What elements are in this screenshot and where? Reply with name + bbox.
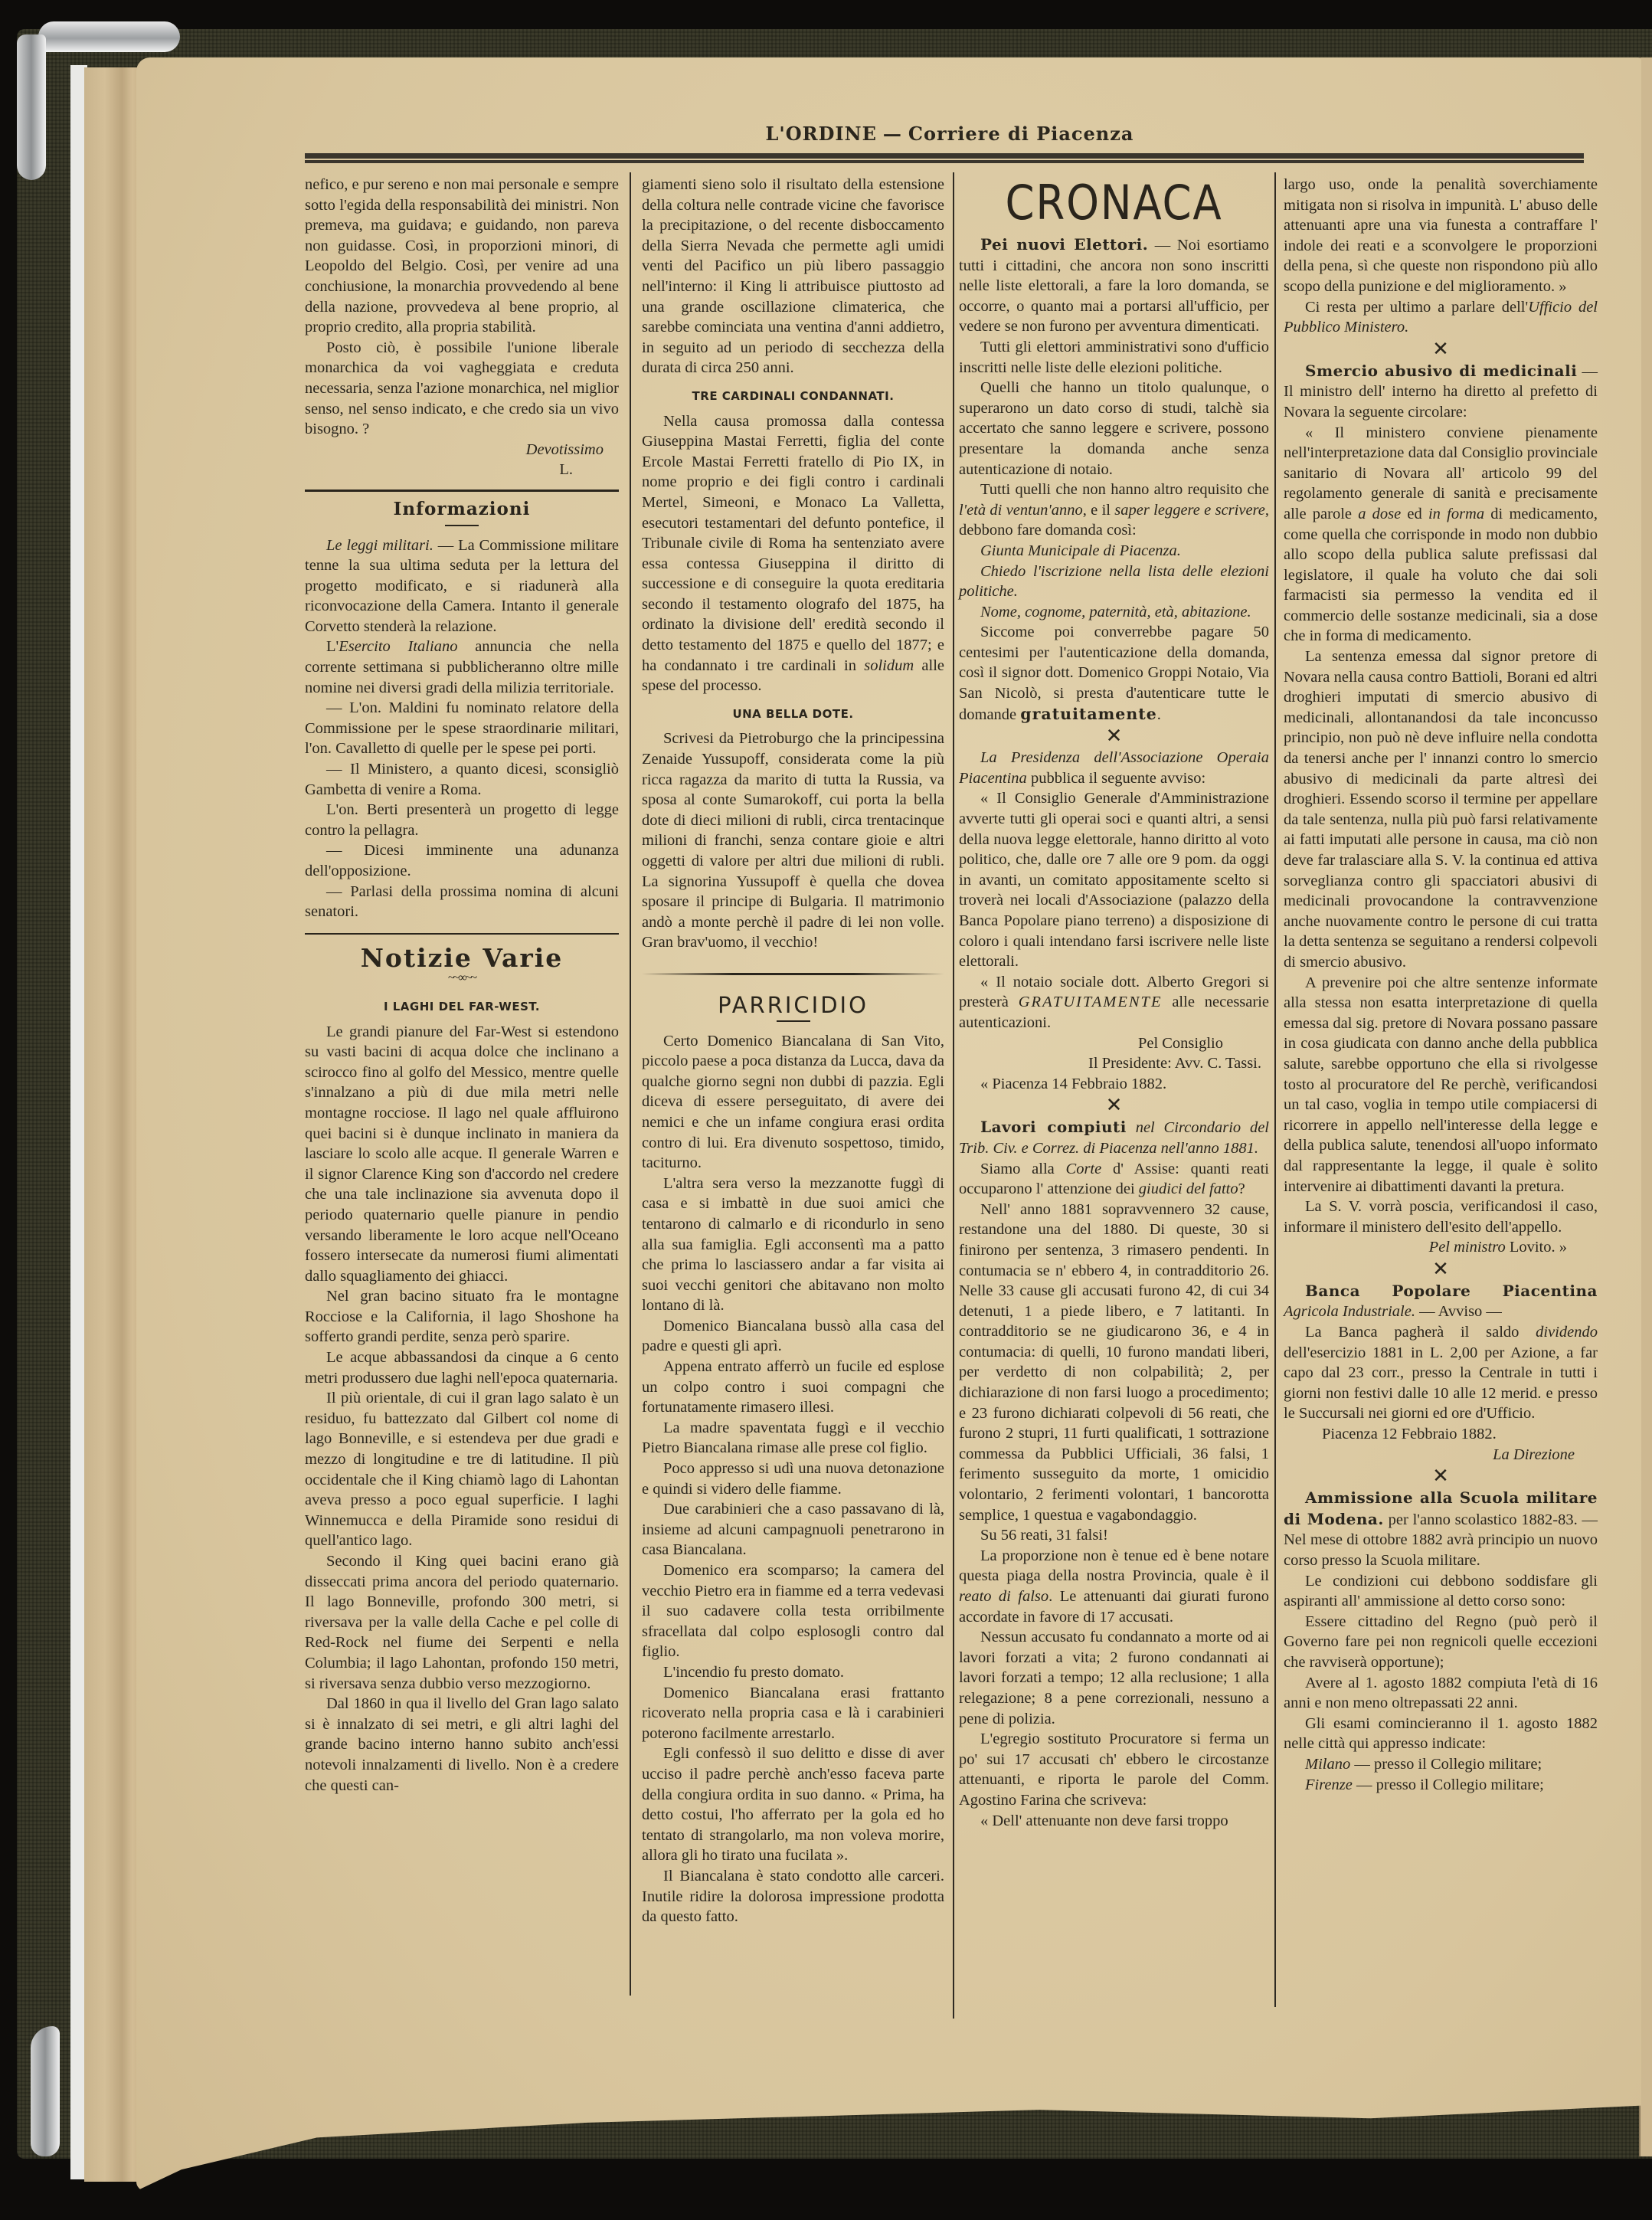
article-paragraph: « Il Consiglio Generale d'Amministrazion… bbox=[959, 788, 1269, 971]
runin-title: Pei nuovi Elettori. bbox=[980, 235, 1148, 254]
article-paragraph: Siccome poi converrebbe pagare 50 centes… bbox=[959, 622, 1269, 725]
news-item: Le leggi militari. — La Commissione mili… bbox=[305, 535, 619, 637]
article-paragraph: Il Biancalana è stato condotto alle carc… bbox=[642, 1866, 944, 1927]
dateline: « Piacenza 14 Febbraio 1882. bbox=[959, 1074, 1269, 1095]
title-rule bbox=[777, 1020, 810, 1022]
metal-corner-protector bbox=[38, 21, 180, 52]
article-paragraph: Le grandi pianure del Far-West si estend… bbox=[305, 1022, 619, 1287]
separator-x-icon: ✕ bbox=[1284, 1258, 1598, 1281]
article-paragraph: Ammissione alla Scuola militare di Moden… bbox=[1284, 1488, 1598, 1570]
signature-line: La Direzione bbox=[1284, 1445, 1598, 1465]
ornament: ~~∞~~ bbox=[305, 968, 619, 989]
news-item: L'Esercito Italiano annuncia che nella c… bbox=[305, 637, 619, 698]
letter-paragraph: Posto ciò, è possibile l'unione liberale… bbox=[305, 338, 619, 440]
article-paragraph: Nella causa promossa dalla contessa Gius… bbox=[642, 411, 944, 696]
article-paragraph: Le acque abbassandosi da cinque a 6 cent… bbox=[305, 1347, 619, 1388]
signature-line: Pel ministro Lovito. » bbox=[1284, 1237, 1598, 1258]
article-paragraph: La proporzione non è tenue ed è bene not… bbox=[959, 1546, 1269, 1627]
metal-corner-protector bbox=[31, 2026, 60, 2156]
separator-x-icon: ✕ bbox=[1284, 338, 1598, 361]
letter-signature: L. bbox=[305, 460, 619, 480]
column-rule bbox=[1274, 172, 1276, 2007]
article-paragraph: « Il notaio sociale dott. Alberto Gregor… bbox=[959, 972, 1269, 1033]
runin-title: Banca Popolare Piacentina bbox=[1305, 1282, 1598, 1300]
article-paragraph: Scrivesi da Pietroburgo che la principes… bbox=[642, 729, 944, 953]
column-2: giamenti sieno solo il risultato della e… bbox=[642, 175, 944, 1927]
article-paragraph: Domenico era scomparso; la camera del ve… bbox=[642, 1560, 944, 1662]
article-paragraph: Smercio abusivo di medicinali — Il minis… bbox=[1284, 361, 1598, 423]
article-paragraph: Tutti quelli che non hanno altro requisi… bbox=[959, 480, 1269, 541]
column-3: CRONACA Pei nuovi Elettori. — Noi esorti… bbox=[959, 170, 1269, 1831]
article-paragraph: Essere cittadino del Regno (può però il … bbox=[1284, 1612, 1598, 1673]
form-line: Chiedo l'iscrizione nella lista delle el… bbox=[959, 562, 1269, 602]
article-paragraph: largo uso, onde la penalità soverchiamen… bbox=[1284, 175, 1598, 297]
separator-x-icon: ✕ bbox=[959, 1094, 1269, 1117]
article-paragraph: Su 56 reati, 31 falsi! bbox=[959, 1525, 1269, 1546]
paper-name: L'ORDINE bbox=[766, 123, 877, 145]
dateline: Piacenza 12 Febbraio 1882. bbox=[1284, 1424, 1598, 1445]
city-line: Firenze — presso il Collegio militare; bbox=[1284, 1775, 1598, 1796]
section-rule bbox=[305, 933, 619, 935]
section-title-parricidio: PARRICIDIO bbox=[642, 995, 944, 1016]
section-title-cronaca: CRONACA bbox=[977, 176, 1250, 230]
article-paragraph: La S. V. vorrà poscia, verificandosi il … bbox=[1284, 1197, 1598, 1237]
runin-title: Lavori compiuti bbox=[980, 1118, 1127, 1136]
article-paragraph: « Il ministero conviene pienamente nell'… bbox=[1284, 423, 1598, 647]
article-paragraph: « Dell' attenuante non deve farsi troppo bbox=[959, 1811, 1269, 1832]
article-paragraph: Nel gran bacino situato fra le montagne … bbox=[305, 1286, 619, 1347]
section-title-notizie-varie: Notizie Varie bbox=[305, 948, 619, 969]
column-rule bbox=[953, 172, 954, 2019]
separator-x-icon: ✕ bbox=[1284, 1465, 1598, 1488]
article-paragraph: La madre spaventata fuggì e il vecchio P… bbox=[642, 1418, 944, 1459]
article-paragraph: Le condizioni cui debbono soddisfare gli… bbox=[1284, 1571, 1598, 1612]
section-rule bbox=[305, 490, 619, 492]
section-title-informazioni: Informazioni bbox=[305, 499, 619, 520]
form-line: Giunta Municipale di Piacenza. bbox=[959, 541, 1269, 562]
article-paragraph: Quelli che hanno un titolo qualunque, o … bbox=[959, 378, 1269, 480]
news-item: L'on. Berti presenterà un progetto di le… bbox=[305, 800, 619, 840]
article-paragraph: L'altra sera verso la mezzanotte fuggì d… bbox=[642, 1174, 944, 1316]
article-paragraph: Tutti gli elettori amministrativi sono d… bbox=[959, 337, 1269, 378]
runin-title: Smercio abusivo di medicinali bbox=[1305, 362, 1577, 380]
title-rule bbox=[445, 525, 479, 526]
article-paragraph: Certo Domenico Biancalana di San Vito, p… bbox=[642, 1031, 944, 1174]
metal-corner-protector bbox=[17, 34, 46, 180]
article-paragraph: Domenico Biancalana bussò alla casa del … bbox=[642, 1316, 944, 1357]
article-paragraph: Egli confessò il suo delitto e disse di … bbox=[642, 1744, 944, 1866]
news-item: — Dicesi imminente una adunanza dell'opp… bbox=[305, 840, 619, 881]
article-paragraph: Lavori compiuti nel Circondario del Trib… bbox=[959, 1117, 1269, 1158]
article-paragraph: La sentenza emessa dal signor pretore di… bbox=[1284, 647, 1598, 973]
form-line: Nome, cognome, paternità, età, abitazion… bbox=[959, 602, 1269, 623]
article-paragraph: Nessun accusato fu condannato a morte od… bbox=[959, 1627, 1269, 1729]
news-item: — Il Ministero, a quanto dicesi, sconsig… bbox=[305, 759, 619, 800]
article-paragraph: Domenico Biancalana erasi frattanto rico… bbox=[642, 1683, 944, 1744]
article-paragraph: Appena entrato afferrò un fucile ed espl… bbox=[642, 1357, 944, 1418]
news-item: — Parlasi della prossima nomina di alcun… bbox=[305, 882, 619, 922]
article-paragraph: La Presidenza dell'Associazione Operaia … bbox=[959, 748, 1269, 788]
article-paragraph: L'egregio sostituto Procuratore si ferma… bbox=[959, 1729, 1269, 1810]
article-paragraph: A prevenire poi che altre sentenze infor… bbox=[1284, 973, 1598, 1197]
article-paragraph: Dal 1860 in qua il livello del Gran lago… bbox=[305, 1694, 619, 1796]
article-paragraph: Due carabinieri che a caso passavano di … bbox=[642, 1499, 944, 1560]
news-item: — L'on. Maldini fu nominato relatore del… bbox=[305, 698, 619, 759]
article-title: I LAGHI DEL FAR-WEST. bbox=[305, 997, 619, 1017]
section-rule bbox=[642, 973, 944, 975]
article-paragraph: La Banca pagherà il saldo dividendo dell… bbox=[1284, 1322, 1598, 1424]
article-paragraph: L'incendio fu presto domato. bbox=[642, 1662, 944, 1683]
article-paragraph: Secondo il King quei bacini erano già di… bbox=[305, 1551, 619, 1694]
article-paragraph: Ci resta per ultimo a parlare dell'Uffic… bbox=[1284, 297, 1598, 338]
paper-subtitle: Corriere di Piacenza bbox=[908, 123, 1134, 145]
article-paragraph: Siamo alla Corte d' Assise: quanti reati… bbox=[959, 1159, 1269, 1200]
separator-x-icon: ✕ bbox=[959, 725, 1269, 748]
signature-line: Pel Consiglio bbox=[959, 1033, 1269, 1054]
column-1: nefico, e pur sereno e non mai personale… bbox=[305, 175, 619, 1796]
article-paragraph: Nell' anno 1881 sopravvennero 32 cause, … bbox=[959, 1200, 1269, 1526]
column-4: largo uso, onde la penalità soverchiamen… bbox=[1284, 175, 1598, 1795]
article-paragraph: Poco appresso si udì una nuova detonazio… bbox=[642, 1459, 944, 1499]
running-header: L'ORDINE—Corriere di Piacenza bbox=[306, 123, 1593, 145]
article-paragraph: Pei nuovi Elettori. — Noi esortiamo tutt… bbox=[959, 234, 1269, 337]
letter-signoff: Devotissimo bbox=[305, 440, 619, 460]
article-title: UNA BELLA DOTE. bbox=[642, 704, 944, 725]
article-paragraph: giamenti sieno solo il risultato della e… bbox=[642, 175, 944, 378]
signature-line: Il Presidente: Avv. C. Tassi. bbox=[959, 1053, 1269, 1074]
article-paragraph: Il più orientale, di cui il gran lago sa… bbox=[305, 1388, 619, 1551]
city-line: Milano — presso il Collegio militare; bbox=[1284, 1754, 1598, 1775]
column-rule bbox=[630, 172, 631, 1996]
header-double-rule bbox=[305, 153, 1584, 160]
article-paragraph: Avere al 1. agosto 1882 compiuta l'età d… bbox=[1284, 1673, 1598, 1714]
letter-paragraph: nefico, e pur sereno e non mai personale… bbox=[305, 175, 619, 338]
article-paragraph: Banca Popolare Piacentina Agricola Indus… bbox=[1284, 1281, 1598, 1322]
article-paragraph: Gli esami comincieranno il 1. agosto 188… bbox=[1284, 1714, 1598, 1754]
article-title: TRE CARDINALI CONDANNATI. bbox=[642, 386, 944, 407]
